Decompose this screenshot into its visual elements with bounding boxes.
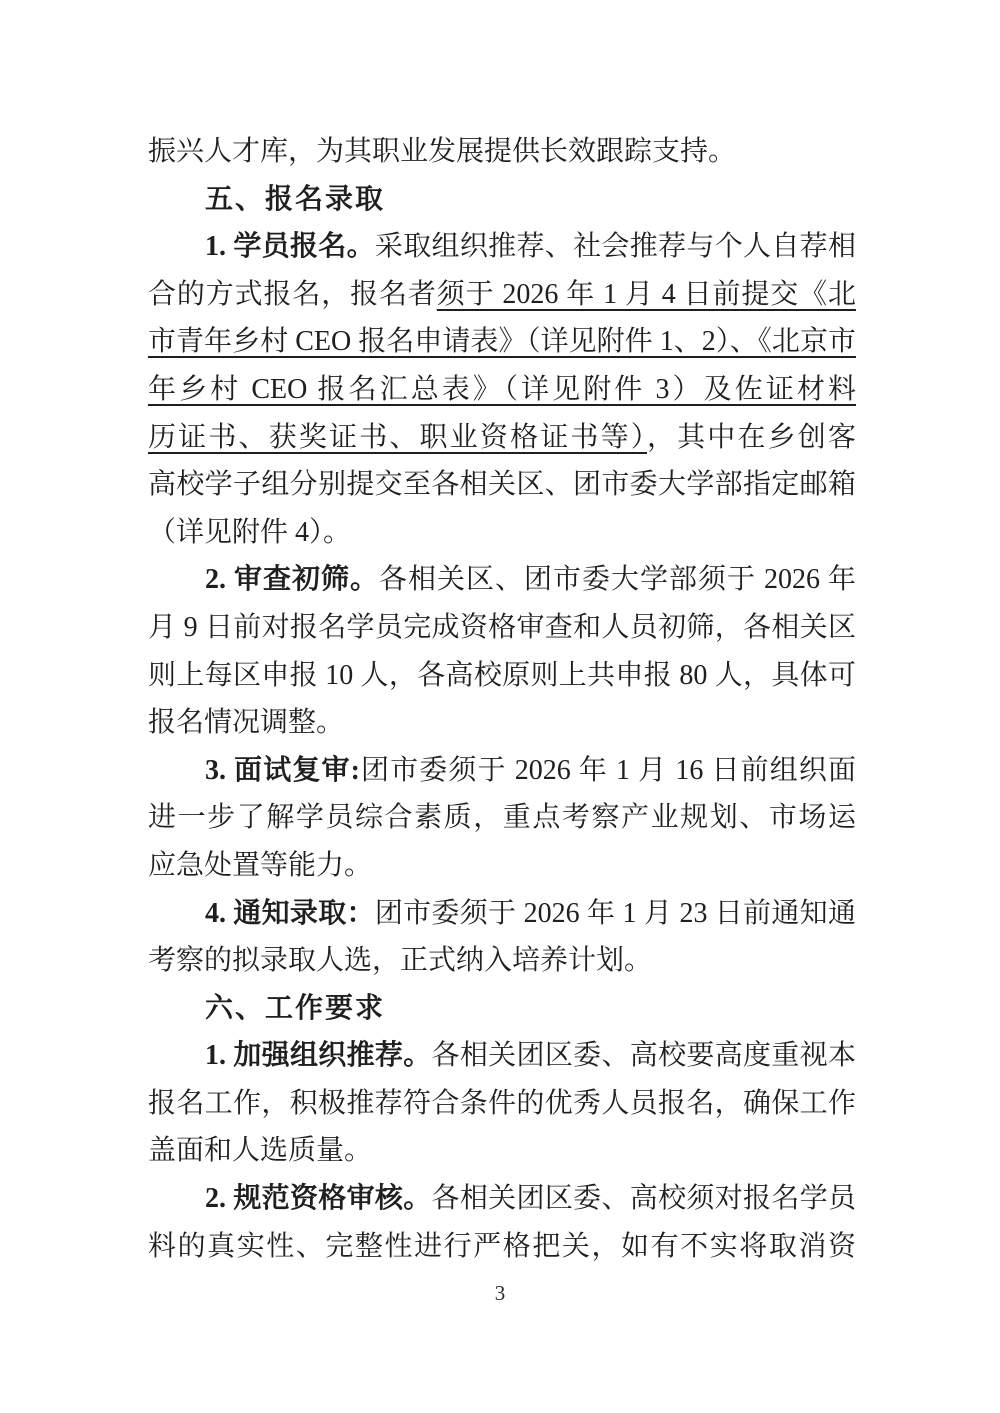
text-run: 合的方式报名，报名者 [148, 279, 437, 310]
text-run: 料的真实性、完整性进行严格把关，如有不实将取消资格。 [148, 1231, 856, 1271]
text-run: 则上每区申报 10 人，各高校原则上共申报 80 人，具体可视 [148, 660, 856, 700]
text-run: 报名工作，积极推荐符合条件的优秀人员报名，确保工作覆 [148, 1088, 856, 1128]
text-run: 月 9 日前对报名学员完成资格审查和人员初筛，各相关区原 [148, 612, 856, 652]
text-line: 2. 审查初筛。各相关区、团市委大学部须于 2026 年 1 [148, 556, 856, 604]
text-run: （详见附件 4）。 [148, 517, 351, 548]
bold-run: 2. 审查初筛。 [205, 564, 379, 595]
text-run: 盖面和人选质量。 [148, 1135, 372, 1166]
bold-run: 1. 加强组织推荐。 [205, 1040, 432, 1071]
bold-run: 六、工作要求 [205, 993, 385, 1024]
text-run: 考察的拟录取人选，正式纳入培养计划。 [148, 945, 652, 976]
text-run: 应急处置等能力。 [148, 850, 372, 881]
text-line: 报名工作，积极推荐符合条件的优秀人员报名，确保工作覆 [148, 1080, 856, 1128]
section-heading: 五、报名录取 [148, 176, 856, 224]
document-body: 振兴人才库，为其职业发展提供长效跟踪支持。五、报名录取1. 学员报名。采取组织推… [148, 128, 856, 1270]
underlined-run: 市青年乡村 CEO 报名申请表》（详见附件 1、2）、《北京市青 [148, 326, 856, 366]
text-line: 盖面和人选质量。 [148, 1127, 856, 1175]
underlined-run: 历证书、获奖证书、职业资格证书等） [148, 422, 647, 453]
text-line: 则上每区申报 10 人，各高校原则上共申报 80 人，具体可视 [148, 652, 856, 700]
bold-run: 2. 规范资格审核。 [205, 1183, 432, 1214]
text-line: 应急处置等能力。 [148, 842, 856, 890]
text-line: 月 9 日前对报名学员完成资格审查和人员初筛，各相关区原 [148, 604, 856, 652]
text-run: 振兴人才库，为其职业发展提供长效跟踪支持。 [148, 136, 736, 167]
text-run: 进一步了解学员综合素质，重点考察产业规划、市场运营、 [148, 802, 856, 842]
text-line: 报名情况调整。 [148, 699, 856, 747]
text-run: 报名情况调整。 [148, 707, 344, 738]
text-line: （详见附件 4）。 [148, 509, 856, 557]
text-line: 高校学子组分别提交至各相关区、团市委大学部指定邮箱 [148, 461, 856, 509]
text-line: 年乡村 CEO 报名汇总表》（详见附件 3）及佐证材料（如：学 [148, 366, 856, 414]
page-number: 3 [0, 1281, 1000, 1306]
text-line: 市青年乡村 CEO 报名申请表》（详见附件 1、2）、《北京市青 [148, 318, 856, 366]
document-page: 振兴人才库，为其职业发展提供长效跟踪支持。五、报名录取1. 学员报名。采取组织推… [0, 0, 1000, 1413]
text-line: 4. 通知录取：团市委须于 2026 年 1 月 23 日前通知通过 [148, 890, 856, 938]
text-line: 3. 面试复审:团市委须于 2026 年 1 月 16 日前组织面试， [148, 747, 856, 795]
text-line: 料的真实性、完整性进行严格把关，如有不实将取消资格。 [148, 1223, 856, 1271]
bold-run: 五、报名录取 [205, 184, 385, 215]
text-line: 1. 加强组织推荐。各相关团区委、高校要高度重视本次 [148, 1032, 856, 1080]
text-line: 合的方式报名，报名者须于 2026 年 1 月 4 日前提交《北京 [148, 271, 856, 319]
text-line: 进一步了解学员综合素质，重点考察产业规划、市场运营、 [148, 794, 856, 842]
bold-run: 4. 通知录取： [205, 898, 375, 929]
bold-run: 3. 面试复审: [205, 755, 360, 786]
text-line: 历证书、获奖证书、职业资格证书等），其中在乡创客组、 [148, 414, 856, 462]
bold-run: 1. 学员报名。 [205, 231, 375, 262]
section-heading: 六、工作要求 [148, 985, 856, 1033]
text-line: 2. 规范资格审核。各相关团区委、高校须对报名学员材 [148, 1175, 856, 1223]
underlined-run: 年乡村 CEO 报名汇总表》（详见附件 3）及佐证材料（如：学 [148, 374, 856, 414]
text-line: 振兴人才库，为其职业发展提供长效跟踪支持。 [148, 128, 856, 176]
text-line: 考察的拟录取人选，正式纳入培养计划。 [148, 937, 856, 985]
text-run: 高校学子组分别提交至各相关区、团市委大学部指定邮箱 [148, 469, 856, 500]
text-line: 1. 学员报名。采取组织推荐、社会推荐与个人自荐相结 [148, 223, 856, 271]
